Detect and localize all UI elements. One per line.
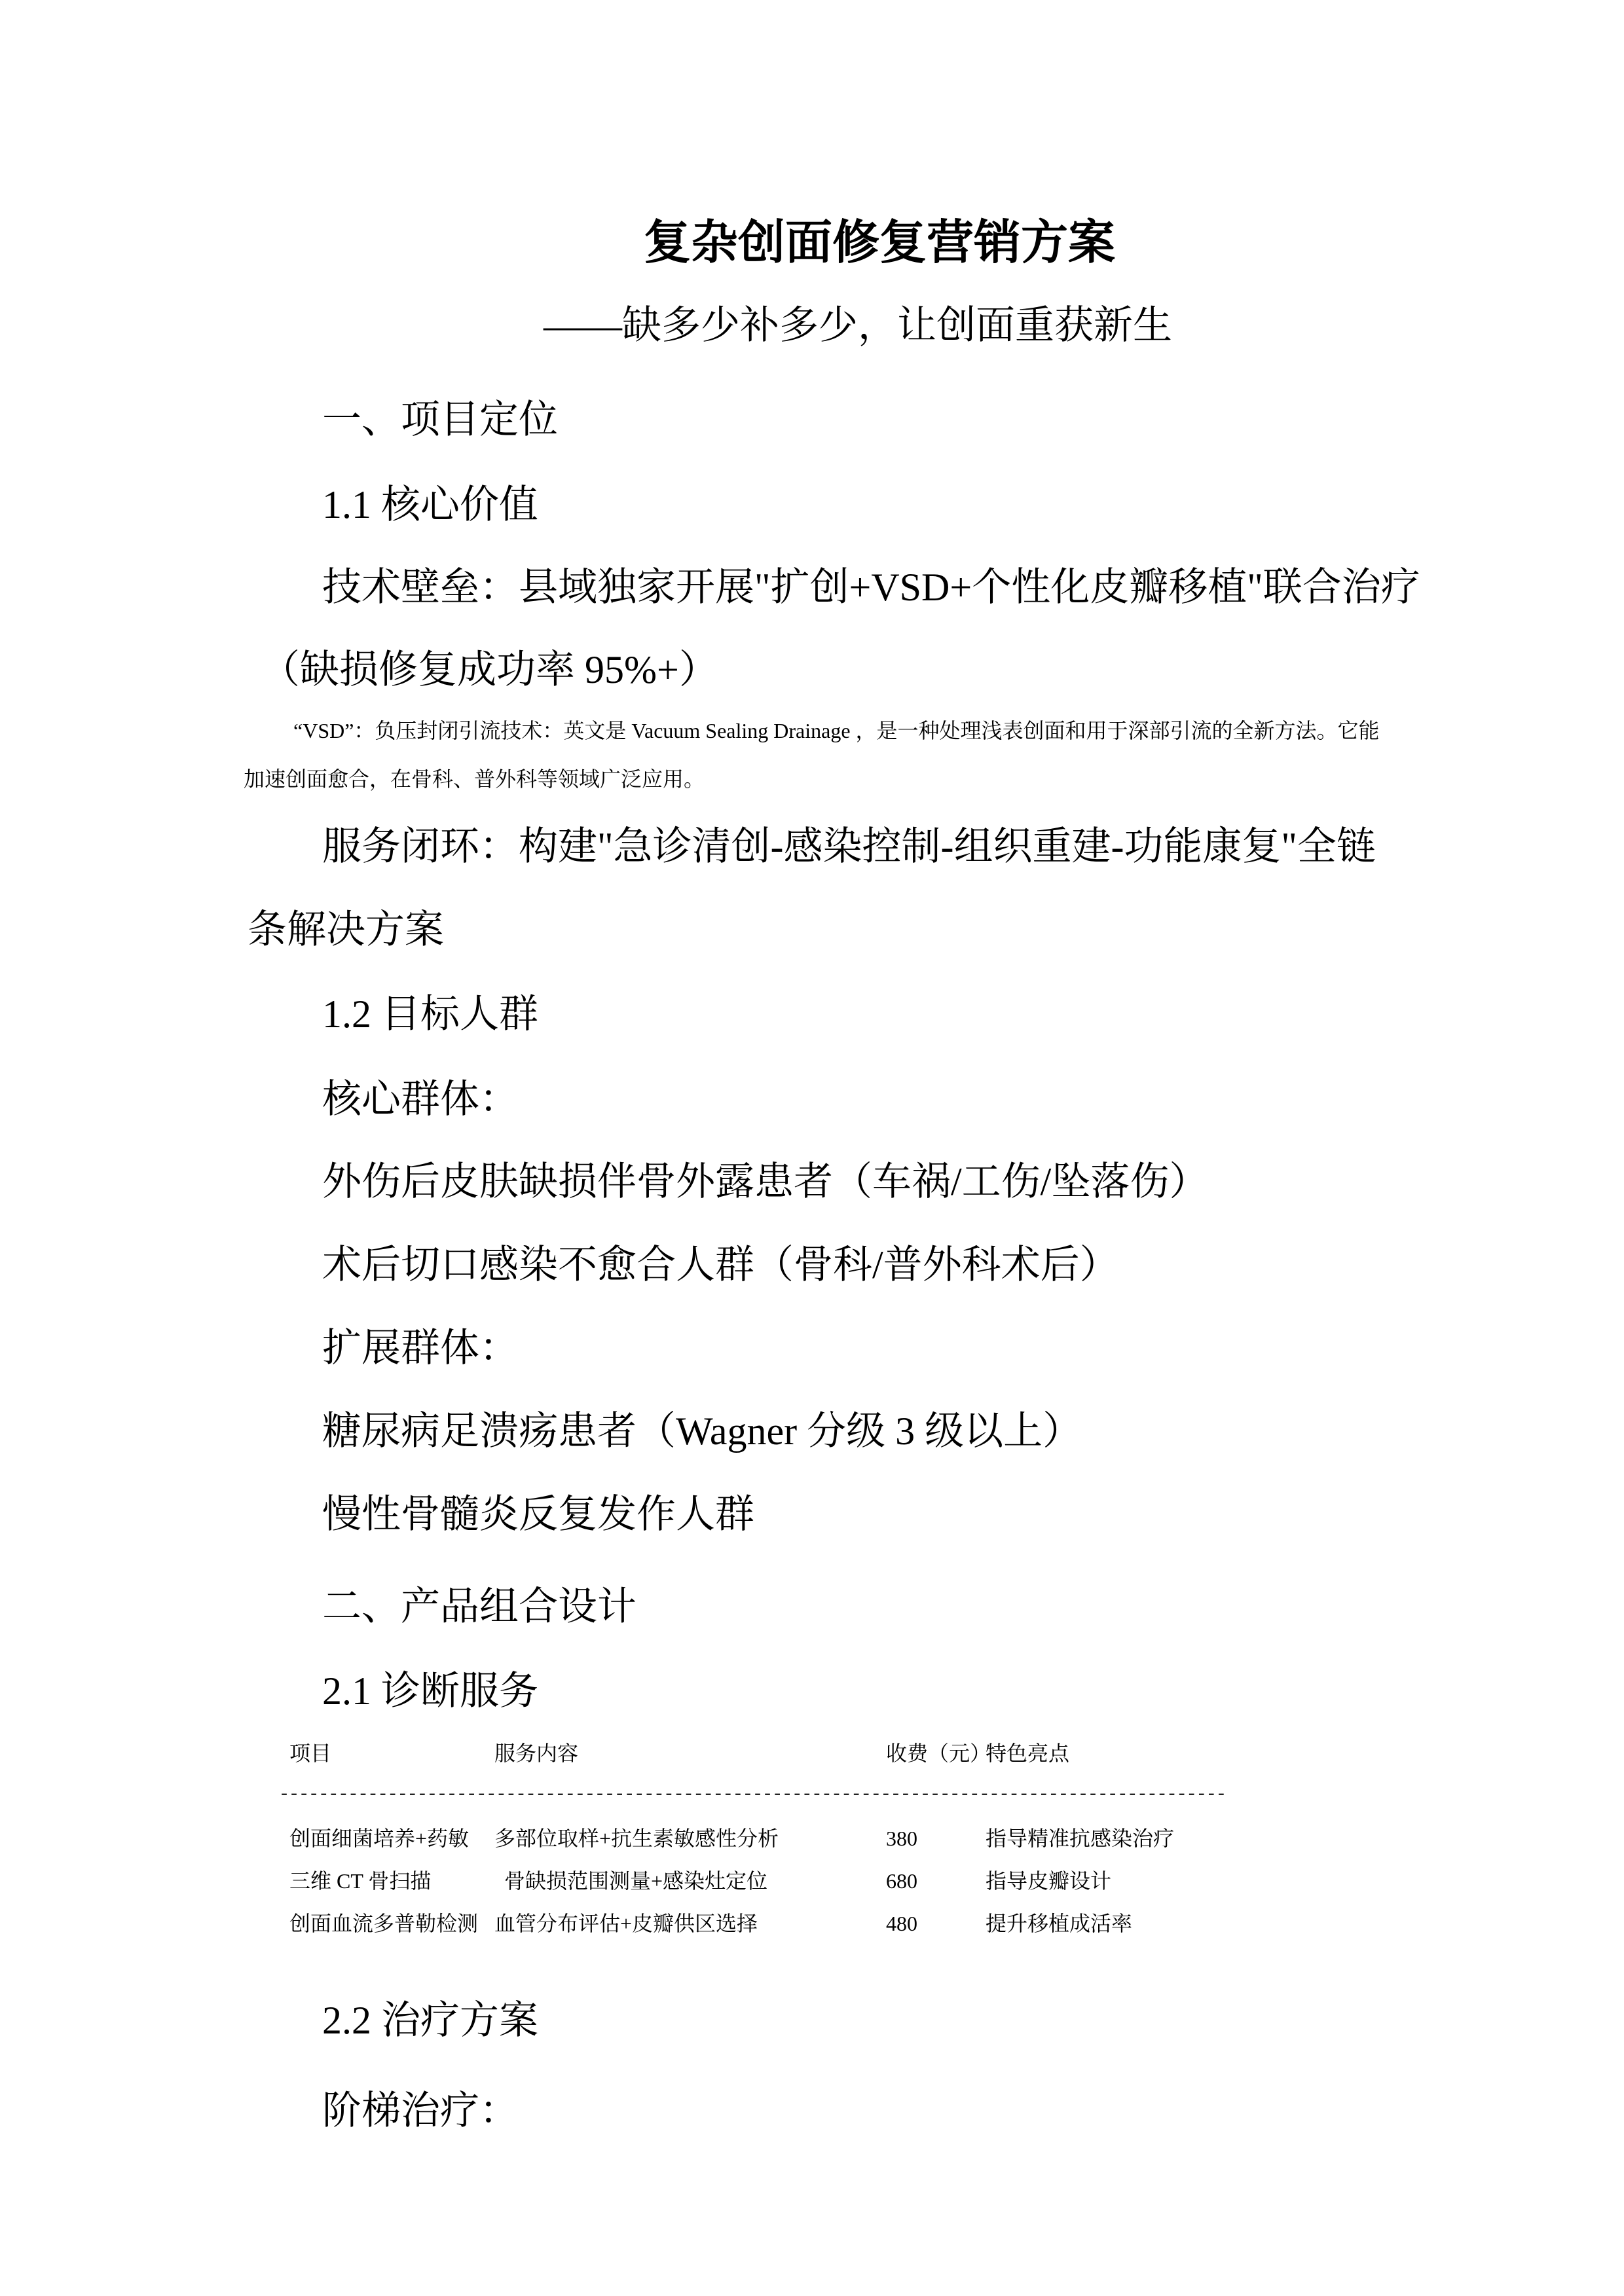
table-header-highlight: 特色亮点 [986,1741,1069,1766]
table-cell-service: 多部位取样+抗生素敏感性分析 [494,1827,779,1851]
label-extended-group: 扩展群体： [322,1326,519,1371]
table-cell-fee: 480 [886,1912,917,1936]
table-cell-service: 骨缺损范围测量+感染灶定位 [504,1869,767,1893]
heading-2-2-treatment-plan: 2.2 治疗方案 [322,1998,538,2043]
table-cell-service: 血管分布评估+皮瓣供区选择 [494,1912,758,1936]
label-core-group: 核心群体： [322,1077,519,1122]
para-tech-barrier-line1: 技术壁垒：县域独家开展"扩创+VSD+个性化皮瓣移植"联合治疗 [322,565,1420,610]
extended-group-item-2: 慢性骨髓炎反复发作人群 [322,1492,754,1537]
doc-title: 复杂创面修复营销方案 [644,216,1115,270]
table-header-fee: 收费（元） [886,1741,991,1766]
table-cell-item: 创面血流多普勒检测 [289,1912,478,1936]
heading-1-1-core-value: 1.1 核心价值 [322,483,538,528]
table-header-item: 项目 [289,1741,331,1766]
table-cell-highlight: 提升移植成活率 [986,1912,1132,1936]
label-ladder-treatment: 阶梯治疗： [322,2088,519,2134]
table-header-service-content: 服务内容 [494,1741,578,1766]
document-page: 复杂创面修复营销方案 ——缺多少补多少，让创面重获新生 一、项目定位 1.1 核… [0,0,1624,2296]
para-service-loop-line1: 服务闭环：构建"急诊清创-感染控制-组织重建-功能康复"全链 [322,824,1376,869]
table-divider: ----------------------------------------… [278,1782,1228,1808]
para-service-loop-line2: 条解决方案 [248,907,444,953]
note-vsd-definition-line2: 加速创面愈合，在骨科、普外科等领域广泛应用。 [244,767,705,792]
heading-2-1-diagnosis-services: 2.1 诊断服务 [322,1669,538,1714]
table-cell-highlight: 指导精准抗感染治疗 [986,1827,1174,1851]
table-cell-item: 创面细菌培养+药敏 [289,1827,469,1851]
heading-section-1: 一、项目定位 [322,397,558,443]
para-tech-barrier-line2: （缺损修复成功率 95%+） [261,647,718,693]
table-cell-fee: 380 [886,1827,917,1851]
note-vsd-definition-line1: “VSD”：负压封闭引流技术：英文是 Vacuum Sealing Draina… [293,719,1380,743]
extended-group-item-1: 糖尿病足溃疡患者（Wagner 分级 3 级以上） [322,1409,1082,1454]
core-group-item-2: 术后切口感染不愈合人群（骨科/普外科术后） [322,1243,1119,1288]
core-group-item-1: 外伤后皮肤缺损伴骨外露患者（车祸/工伤/坠落伤） [322,1159,1208,1205]
heading-1-2-target-groups: 1.2 目标人群 [322,992,538,1037]
table-cell-fee: 680 [886,1869,917,1893]
table-cell-highlight: 指导皮瓣设计 [986,1869,1111,1893]
table-cell-item: 三维 CT 骨扫描 [289,1869,431,1893]
heading-section-2: 二、产品组合设计 [322,1584,637,1630]
doc-subtitle: ——缺多少补多少，让创面重获新生 [544,303,1172,348]
